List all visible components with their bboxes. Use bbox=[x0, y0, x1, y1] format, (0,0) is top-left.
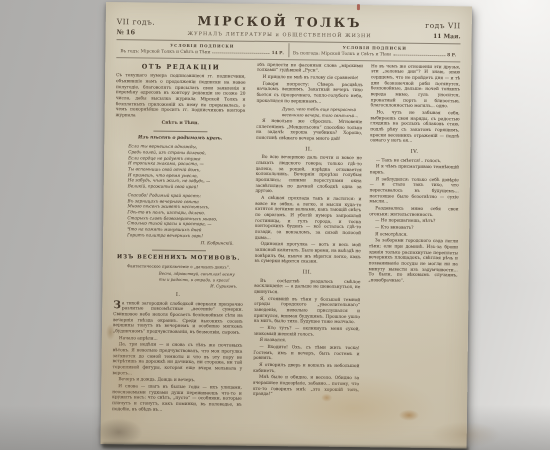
story-paragraph: А свѣжая прохлада такъ и ластится: и вов… bbox=[255, 196, 362, 243]
poem-heading: Изъ пѣсенъ о родимомъ краѣ. bbox=[115, 135, 245, 143]
story-epigraph: Весна, здравствуй, свѣтлая! всему ты и р… bbox=[159, 271, 239, 283]
dialogue-line: — Кто виноватъ? bbox=[369, 225, 458, 232]
page-content: VII годъ. МІРСКОЙ ТОЛКЪ годъ VII № 16 ЖУ… bbox=[101, 2, 472, 417]
dialogue-line: — Входите! Охъ, съ тѣми жить тоска! Гост… bbox=[253, 345, 359, 363]
story-paragraph: Я, стоявшій въ тѣни у большой темной огр… bbox=[254, 296, 361, 326]
subscription-text-right: Въ полгода: Мірской Толкъ и Свѣтъ и Тѣни bbox=[293, 51, 391, 57]
editorial-heading: ОТЪ РЕДАКЦІИ bbox=[116, 63, 246, 73]
poem-stanza-1: Если ты вернешься однажды, Средь полей, … bbox=[128, 143, 245, 190]
story-paragraph: Раздавались мимо себя свои огоньки: жите… bbox=[369, 206, 458, 218]
section-divider bbox=[152, 250, 206, 252]
issue-number: № 16 bbox=[117, 28, 197, 37]
subscription-cell-left: УСЛОВІЯ ПОДПИСКИ Въ годъ: Мірской Толкъ … bbox=[116, 41, 289, 57]
story-paragraph: Но въ чемъ же отношеніи эти друзья, эти … bbox=[370, 64, 460, 110]
newspaper-title: МІРСКОЙ ТОЛКЪ bbox=[197, 13, 362, 30]
story-paragraph: Говоря попросту: Сѣверъ расцвѣлъ началом… bbox=[256, 81, 362, 105]
story-paragraph: Я отворилъ дверь и вошелъ въ небольшой к… bbox=[253, 363, 359, 376]
newspaper-page: VII годъ. МІРСКОЙ ТОЛКЪ годъ VII № 16 ЖУ… bbox=[101, 2, 472, 448]
chapter-numeral-2: II. bbox=[256, 146, 362, 154]
story-paragraph: Во всю вечернюю даль почти и вовсе не сл… bbox=[255, 155, 362, 196]
dialogue-line: — Не перешагнешь, нѣтъ? bbox=[369, 218, 458, 225]
subscription-price-right: 8 Р. bbox=[447, 53, 456, 58]
paragraph-text: а тихой загородной слободкой сверкали пр… bbox=[113, 301, 243, 336]
story-paragraph: Я заблудился: только себѣ довѣріе — и ст… bbox=[369, 177, 459, 206]
editorial-signature: Свѣтъ и Тѣни. bbox=[115, 120, 245, 128]
year-left: VII годъ. bbox=[117, 17, 207, 27]
section-divider bbox=[153, 130, 207, 132]
story-paragraph: Да, три недѣли — и снова съ тѣхъ же почт… bbox=[112, 342, 242, 378]
subscription-line-left: Въ годъ: Мірской Толкъ и Свѣтъ и Тѣни 14… bbox=[120, 49, 284, 56]
column-2: объ прелести не фасонныя слова „мірскими… bbox=[253, 62, 363, 415]
corner-shadow bbox=[95, 418, 143, 447]
subscription-price-left: 14 Р. bbox=[272, 51, 284, 56]
subscription-table: УСЛОВІЯ ПОДПИСКИ Въ годъ: Мірской Толкъ … bbox=[116, 40, 460, 62]
paper-stain bbox=[431, 421, 501, 448]
subscription-text-left: Въ годъ: Мірской Толкъ и Свѣтъ и Тѣни bbox=[120, 49, 210, 55]
dialogue-line: — Кто тутъ? — окликнулъ меня сухой, знак… bbox=[253, 326, 359, 339]
story-heading: ИЗЪ ВЕСЕННИХЪ МОТИВОВЪ. bbox=[114, 254, 244, 263]
chapter-numeral-4: IV. bbox=[370, 148, 459, 156]
editorial-text: Съ текущаго нумера подписавшіеся гг. под… bbox=[116, 73, 246, 120]
story-paragraph: За заборами городского сада легли тѣни; … bbox=[368, 238, 458, 284]
epigraph-signature: И. Суриковъ. bbox=[114, 282, 238, 289]
story-paragraph: объ прелести не фасонныя слова „мірскими… bbox=[257, 62, 363, 75]
photo-of-newspaper: { "photo": { "backdrop_color": "#bcbbb9"… bbox=[0, 0, 550, 450]
chapter-numeral-3: III. bbox=[254, 269, 360, 277]
column-1: ОТЪ РЕДАКЦІИ Съ текущаго нумера подписав… bbox=[112, 61, 246, 415]
poem-signature: П. Кобринскій. bbox=[114, 240, 234, 247]
story-subtitle: Фантастическое приключеніе о „дачныхъ дн… bbox=[114, 263, 244, 270]
story-paragraph: Въ сосѣдствѣ раздалось смѣлое восклицані… bbox=[254, 278, 360, 296]
poem-stanza-2: Спасибо! Родимый край простъ: Въ зарница… bbox=[127, 192, 244, 239]
column-3: Но въ чемъ же отношеніи эти друзья, эти … bbox=[367, 64, 461, 417]
drop-cap: З bbox=[113, 301, 121, 310]
story-paragraph: За тихой загородной слободкой сверкали п… bbox=[113, 301, 243, 337]
chapter-numeral-1: I. bbox=[113, 291, 243, 299]
dotted-leader bbox=[393, 54, 445, 56]
year-right: годъ VII bbox=[371, 20, 461, 30]
newspaper-subtitle: ЖУРНАЛЪ ЛИТЕРАТУРЫ и ОБЩЕСТВЕННОЙ ЖИЗНИ bbox=[188, 32, 372, 39]
subscription-cell-right: УСЛОВІЯ ПОДПИСКИ Въ полгода: Мірской Тол… bbox=[289, 43, 461, 59]
text-columns: ОТЪ РЕДАКЦІИ Съ текущаго нумера подписав… bbox=[112, 61, 460, 417]
issue-date: 11 Мая. bbox=[381, 32, 461, 40]
dotted-leader bbox=[212, 52, 269, 54]
story-paragraph: Я невольно же сбросилъ. Мгновеніе сплете… bbox=[256, 119, 362, 143]
story-paragraph: Мнѣ было и обидно, и весело. Обидно за в… bbox=[253, 375, 359, 399]
story-paragraph: И снова — шагъ въ былые годы — ихъ улица… bbox=[112, 384, 242, 414]
subscription-line-right: Въ полгода: Мірской Толкъ и Свѣтъ и Тѣни… bbox=[293, 51, 457, 58]
verse-quote: Душа, чего тебѣ еще прекраснѣй весенняго… bbox=[282, 106, 359, 118]
story-paragraph: Но, чуть не забывая себя, выбираешь свои… bbox=[370, 110, 460, 145]
story-paragraph: Одинокая прогулка — вотъ и весь мой запи… bbox=[254, 242, 360, 266]
story-paragraph: И я чѣмъ присматриваю темнѣющій паркъ. bbox=[370, 164, 459, 176]
